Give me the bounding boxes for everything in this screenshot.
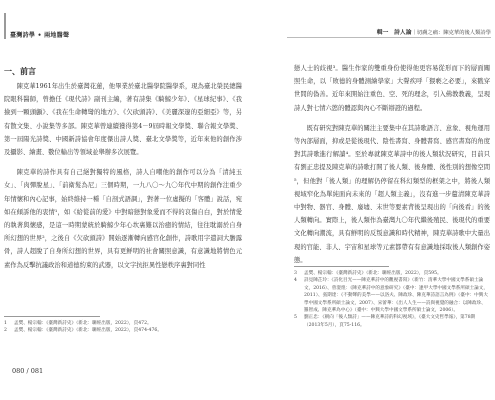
footnote-divider [294, 266, 389, 267]
footnote-divider [4, 316, 100, 317]
footnote: 2 孟樊、楊宗翰：《臺灣新詩史》（新北：聯經出版，2022），頁474-476。 [4, 327, 242, 334]
footnote-number: 1 [4, 320, 14, 327]
footnote: 1 孟樊、楊宗翰：《臺灣新詩史》（新北：聯經出版，2022），頁472。 [4, 320, 242, 327]
left-body-text: 陳克華1961年出生於臺灣花蓮，他畢業於臺北醫學院醫學系，現為臺北榮民總醫院眼科… [4, 80, 242, 272]
paragraph: 戀人士的歧視³。醫生作家的雙重身份使得他更容易從形而下的層面關照生命，以「敗德的… [294, 62, 490, 115]
footnote: 4 詳見陳芷玲：《詩化目光——陳克華詩中的觀視書寫》（新竹：清華大學中國文學系碩… [294, 277, 490, 314]
paragraph: 陳克華的詩作具有自己絕對獨特的風格，詩人自嘲他的創作可以分為「清純玉女」、「肉彈… [4, 166, 242, 272]
footnote-number: 4 [294, 277, 304, 314]
running-header-right: 輯一 詩人論｜切膚之痛：陳克華的後人類詩學 [287, 27, 491, 38]
footnote: 3 孟樊、楊宗翰：《臺灣新詩史》（新北：聯經出版，2022），頁595。 [294, 270, 490, 277]
running-header-left: 臺灣詩學 • 兩地醫聲 [4, 13, 6, 39]
footnote-text: 孟樊、楊宗翰：《臺灣新詩史》（新北：聯經出版，2022），頁595。 [304, 270, 490, 277]
running-header-title: ｜切膚之痛：陳克華的後人類詩學 [412, 30, 491, 36]
right-page: 輯一 詩人論｜切膚之痛：陳克華的後人類詩學 戀人士的歧視³。醫生作家的雙重身份使… [247, 0, 495, 400]
footnote-number: 5 [294, 314, 304, 329]
page-number: 080 / 081 [12, 367, 43, 375]
running-header-chapter: 輯一 詩人論 [377, 30, 412, 36]
paragraph: 既有研究對陳克華的關注主要集中在其詩歌語言、意象、視角運用等內部層面，抑或是從後… [294, 122, 490, 267]
footnote-number: 3 [294, 270, 304, 277]
left-page: 臺灣詩學 • 兩地醫聲 一、前言 陳克華1961年出生於臺灣花蓮，他畢業於臺北醫… [0, 0, 247, 400]
footnote: 5 劉正忠：《朝向「後人類詩」——陳克華詩的科幻視域》，《臺大文史哲學報》，第7… [294, 314, 490, 329]
left-footnotes: 1 孟樊、楊宗翰：《臺灣新詩史》（新北：聯經出版，2022），頁472。 2 孟… [4, 320, 242, 335]
footnote-text: 孟樊、楊宗翰：《臺灣新詩史》（新北：聯經出版，2022），頁474-476。 [14, 327, 242, 334]
footnote-text: 劉正忠：《朝向「後人類詩」——陳克華詩的科幻視域》，《臺大文史哲學報》，第78期… [304, 314, 490, 329]
section-title: 一、前言 [4, 66, 36, 77]
footnote-text: 詳見陳芷玲：《詩化目光——陳克華詩中的觀視書寫》（新竹：清華大學中國文學系碩士論… [304, 277, 490, 314]
running-header-text: 臺灣詩學 • 兩地醫聲 [10, 30, 69, 39]
footnote-text: 孟樊、楊宗翰：《臺灣新詩史》（新北：聯經出版，2022），頁472。 [14, 320, 242, 327]
right-body-text: 戀人士的歧視³。醫生作家的雙重身份使得他更容易從形而下的層面關照生命，以「敗德的… [294, 62, 490, 267]
paragraph: 陳克華1961年出生於臺灣花蓮，他畢業於臺北醫學院醫學系，現為臺北榮民總醫院眼科… [4, 80, 242, 159]
right-footnotes: 3 孟樊、楊宗翰：《臺灣新詩史》（新北：聯經出版，2022），頁595。 4 詳… [294, 270, 490, 329]
footnote-number: 2 [4, 327, 14, 334]
